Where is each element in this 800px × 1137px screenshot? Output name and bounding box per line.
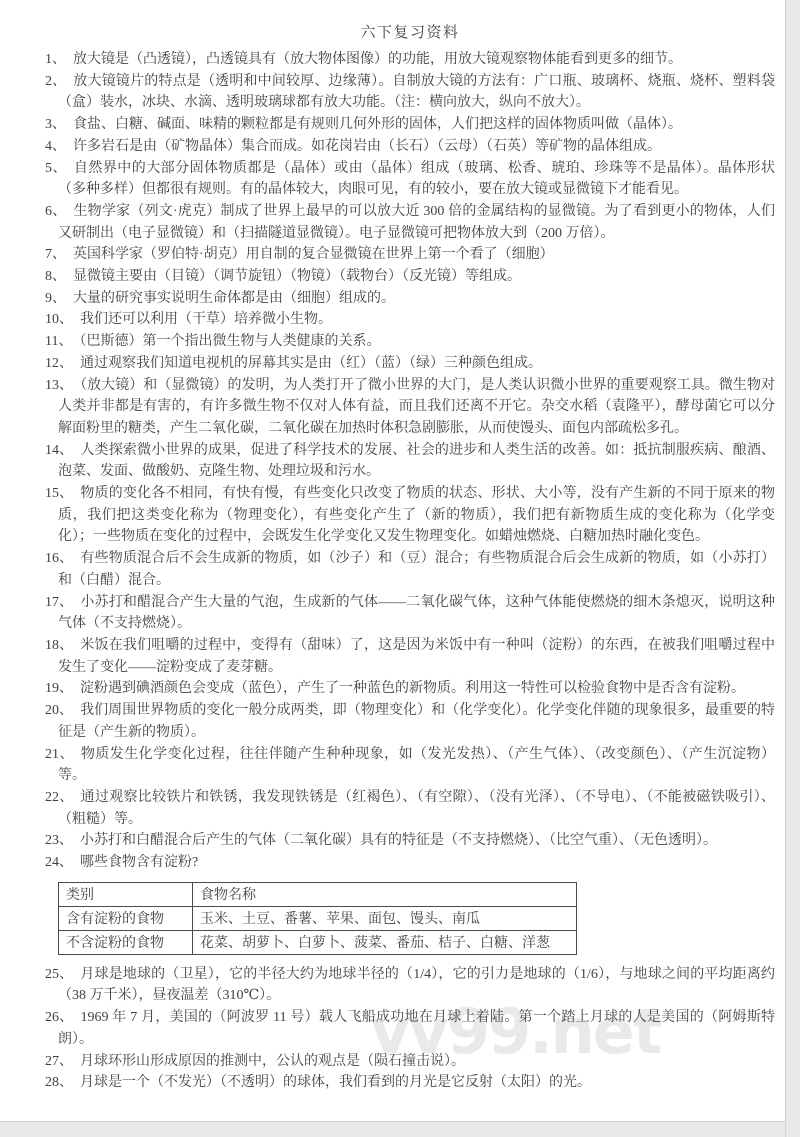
item-number: 8、: [45, 269, 66, 284]
item-number: 25、: [45, 967, 73, 982]
item-number: 11、: [45, 334, 72, 349]
item-text: 显微镜主要由（目镜）（调节旋钮）（物镜）（载物台）（反光镜）等组成。: [73, 269, 521, 284]
item-text: 淀粉遇到碘酒颜色会变成（蓝色），产生了一种蓝色的新物质。利用这一特性可以检验食物…: [80, 681, 745, 696]
table-cell: 含有淀粉的食物: [59, 906, 193, 930]
item-number: 19、: [45, 681, 73, 696]
item-text: 生物学家（列文·虎克）制成了世界上最早的可以放大近 300 倍的金属结构的显微镜…: [58, 204, 775, 241]
list-item: 6、生物学家（列文·虎克）制成了世界上最早的可以放大近 300 倍的金属结构的显…: [45, 201, 775, 244]
item-number: 3、: [45, 117, 66, 132]
item-number: 13、: [45, 378, 73, 393]
list-item: 9、大量的研究事实说明生命体都是由（细胞）组成的。: [45, 288, 775, 310]
list-item: 27、月球环形山形成原因的推测中，公认的观点是（陨石撞击说）。: [45, 1051, 775, 1073]
item-number: 27、: [45, 1054, 73, 1069]
item-number: 5、: [45, 161, 67, 176]
list-item: 20、我们周围世界物质的变化一般分成两类，即（物理变化）和（化学变化）。化学变化…: [45, 700, 775, 743]
item-number: 7、: [45, 247, 66, 262]
item-text: 月球环形山形成原因的推测中，公认的观点是（陨石撞击说）。: [80, 1054, 465, 1069]
item-number: 22、: [45, 790, 74, 805]
table-header-cell: 食物名称: [193, 882, 577, 906]
list-item: 14、人类探索微小世界的成果，促进了科学技术的发展、社会的进步和人类生活的改善。…: [45, 440, 775, 483]
item-text: 哪些食物含有淀粉?: [80, 855, 198, 870]
item-text: 许多岩石是由（矿物晶体）集合而成。如花岗岩由（长石）（云母）（石英）等矿物的晶体…: [73, 139, 661, 154]
list-item: 13、（放大镜）和（显微镜）的发明，为人类打开了微小世界的大门，是人类认识微小世…: [45, 375, 775, 440]
list-item: 10、我们还可以利用（干草）培养微小生物。: [45, 309, 775, 331]
item-text: 月球是一个（不发光）（不透明）的球体，我们看到的月光是它反射（太阳）的光。: [80, 1075, 591, 1090]
list-item: 26、1969 年 7 月，美国的（阿波罗 11 号）载人飞船成功地在月球上着陆…: [45, 1007, 775, 1050]
table-row: 不含淀粉的食物花菜、胡萝卜、白萝卜、菠菜、番茄、桔子、白糖、洋葱: [59, 930, 577, 954]
item-text: （放大镜）和（显微镜）的发明，为人类打开了微小世界的大门，是人类认识微小世界的重…: [58, 378, 775, 436]
page-edge-right: [785, 0, 800, 1137]
item-text: 月球是地球的（卫星），它的半径大约为地球半径的（1/4），它的引力是地球的（1/…: [58, 967, 775, 1004]
list-item: 22、通过观察比较铁片和铁锈，我发现铁锈是（红褐色）、（有空隙）、（没有光泽）、…: [45, 787, 775, 830]
list-item: 11、（巴斯德）第一个指出微生物与人类健康的关系。: [45, 331, 775, 353]
item-number: 12、: [45, 356, 73, 371]
item-number: 18、: [45, 638, 73, 653]
document-page: vv99.net 六下复习资料 1、放大镜是（凸透镜），凸透镜具有（放大物体图像…: [0, 0, 785, 1121]
item-text: 小苏打和白醋混合后产生的气体（二氧化碳）具有的特征是（不支持燃烧）、（比空气重）…: [80, 833, 717, 848]
table-row: 含有淀粉的食物玉米、土豆、番薯、苹果、面包、馒头、南瓜: [59, 906, 577, 930]
item-text: 物质的变化各不相同，有快有慢，有些变化只改变了物质的状态、形状、大小等，没有产生…: [58, 486, 775, 544]
item-number: 26、: [45, 1010, 74, 1025]
list-item: 1、放大镜是（凸透镜），凸透镜具有（放大物体图像）的功能，用放大镜观察物体能看到…: [45, 49, 775, 71]
item-number: 28、: [45, 1075, 73, 1090]
item-number: 9、: [45, 291, 66, 306]
list-item: 8、显微镜主要由（目镜）（调节旋钮）（物镜）（载物台）（反光镜）等组成。: [45, 266, 775, 288]
list-item: 7、英国科学家（罗伯特·胡克）用自制的复合显微镜在世界上第一个看了（细胞）: [45, 244, 775, 266]
item-text: 大量的研究事实说明生命体都是由（细胞）组成的。: [73, 291, 395, 306]
list-item: 17、小苏打和醋混合产生大量的气泡，生成新的气体——二氧化碳气体，这种气体能使燃…: [45, 592, 775, 635]
table-header-cell: 类别: [59, 882, 193, 906]
item-text: 小苏打和醋混合产生大量的气泡，生成新的气体——二氧化碳气体，这种气体能使燃烧的细…: [58, 595, 775, 632]
list-item: 25、月球是地球的（卫星），它的半径大约为地球半径的（1/4），它的引力是地球的…: [45, 964, 775, 1007]
item-text: 物质发生化学变化过程，往往伴随产生种种现象，如（发光发热）、（产生气体）、（改变…: [58, 747, 775, 784]
list-item: 23、小苏打和白醋混合后产生的气体（二氧化碳）具有的特征是（不支持燃烧）、（比空…: [45, 830, 775, 852]
item-text: 英国科学家（罗伯特·胡克）用自制的复合显微镜在世界上第一个看了（细胞）: [73, 247, 554, 262]
item-number: 10、: [45, 312, 73, 327]
item-number: 2、: [45, 74, 66, 89]
item-text: 通过观察我们知道电视机的屏幕其实是由（红）（蓝）（绿）三种颜色组成。: [80, 356, 542, 371]
review-list-top: 1、放大镜是（凸透镜），凸透镜具有（放大物体图像）的功能，用放大镜观察物体能看到…: [45, 49, 775, 874]
list-item: 18、米饭在我们咀嚼的过程中，变得有（甜味）了，这是因为米饭中有一种叫（淀粉）的…: [45, 635, 775, 678]
item-text: 食盐、白糖、碱面、味精的颗粒都是有规则几何外形的固体，人们把这样的固体物质叫做（…: [73, 117, 682, 132]
starch-table-body: 类别食物名称含有淀粉的食物玉米、土豆、番薯、苹果、面包、馒头、南瓜不含淀粉的食物…: [59, 882, 577, 954]
item-text: 放大镜是（凸透镜），凸透镜具有（放大物体图像）的功能，用放大镜观察物体能看到更多…: [73, 52, 682, 67]
item-number: 14、: [45, 443, 73, 458]
table-cell: 玉米、土豆、番薯、苹果、面包、馒头、南瓜: [193, 906, 577, 930]
page-edge-bottom: [0, 1121, 785, 1137]
review-list-bottom: 25、月球是地球的（卫星），它的半径大约为地球半径的（1/4），它的引力是地球的…: [45, 964, 775, 1094]
list-item: 4、许多岩石是由（矿物晶体）集合而成。如花岗岩由（长石）（云母）（石英）等矿物的…: [45, 136, 775, 158]
starch-foods-table: 类别食物名称含有淀粉的食物玉米、土豆、番薯、苹果、面包、馒头、南瓜不含淀粉的食物…: [58, 882, 577, 955]
item-text: （巴斯德）第一个指出微生物与人类健康的关系。: [79, 334, 380, 349]
item-number: 17、: [45, 595, 73, 610]
item-number: 1、: [45, 52, 66, 67]
list-item: 2、放大镜镜片的特点是（透明和中间较厚、边缘薄）。自制放大镜的方法有：广口瓶、玻…: [45, 71, 775, 114]
list-item: 12、通过观察我们知道电视机的屏幕其实是由（红）（蓝）（绿）三种颜色组成。: [45, 353, 775, 375]
item-text: 有些物质混合后不会生成新的物质，如（沙子）和（豆）混合；有些物质混合后会生成新的…: [58, 551, 775, 588]
list-item: 3、食盐、白糖、碱面、味精的颗粒都是有规则几何外形的固体，人们把这样的固体物质叫…: [45, 114, 775, 136]
item-text: 放大镜镜片的特点是（透明和中间较厚、边缘薄）。自制放大镜的方法有：广口瓶、玻璃杯…: [58, 74, 775, 111]
table-cell: 花菜、胡萝卜、白萝卜、菠菜、番茄、桔子、白糖、洋葱: [193, 930, 577, 954]
item-text: 1969 年 7 月，美国的（阿波罗 11 号）载人飞船成功地在月球上着陆。第一…: [58, 1010, 775, 1047]
item-number: 15、: [45, 486, 73, 501]
item-number: 21、: [45, 747, 74, 762]
item-number: 24、: [45, 855, 73, 870]
item-text: 米饭在我们咀嚼的过程中，变得有（甜味）了，这是因为米饭中有一种叫（淀粉）的东西，…: [58, 638, 775, 675]
list-item: 16、有些物质混合后不会生成新的物质，如（沙子）和（豆）混合；有些物质混合后会生…: [45, 548, 775, 591]
document-content: 六下复习资料 1、放大镜是（凸透镜），凸透镜具有（放大物体图像）的功能，用放大镜…: [45, 0, 775, 1094]
list-item: 5、自然界中的大部分固体物质都是（晶体）或由（晶体）组成（玻璃、松香、琥珀、珍珠…: [45, 158, 775, 201]
table-cell: 不含淀粉的食物: [59, 930, 193, 954]
item-number: 6、: [45, 204, 66, 219]
list-item: 19、淀粉遇到碘酒颜色会变成（蓝色），产生了一种蓝色的新物质。利用这一特性可以检…: [45, 678, 775, 700]
table-header-row: 类别食物名称: [59, 882, 577, 906]
item-text: 人类探索微小世界的成果，促进了科学技术的发展、社会的进步和人类生活的改善。如：抵…: [58, 443, 775, 480]
list-item: 28、月球是一个（不发光）（不透明）的球体，我们看到的月光是它反射（太阳）的光。: [45, 1072, 775, 1094]
item-number: 23、: [45, 833, 73, 848]
item-number: 20、: [45, 703, 73, 718]
item-text: 通过观察比较铁片和铁锈，我发现铁锈是（红褐色）、（有空隙）、（没有光泽）、（不导…: [58, 790, 775, 827]
item-text: 我们周围世界物质的变化一般分成两类，即（物理变化）和（化学变化）。化学变化伴随的…: [58, 703, 775, 740]
list-item: 24、哪些食物含有淀粉?: [45, 852, 775, 874]
list-item: 15、物质的变化各不相同，有快有慢，有些变化只改变了物质的状态、形状、大小等，没…: [45, 483, 775, 548]
item-number: 4、: [45, 139, 66, 154]
list-item: 21、物质发生化学变化过程，往往伴随产生种种现象，如（发光发热）、（产生气体）、…: [45, 744, 775, 787]
item-number: 16、: [45, 551, 73, 566]
item-text: 自然界中的大部分固体物质都是（晶体）或由（晶体）组成（玻璃、松香、琥珀、珍珠等不…: [58, 161, 775, 198]
page-title: 六下复习资料: [45, 0, 775, 41]
viewer-canvas: vv99.net 六下复习资料 1、放大镜是（凸透镜），凸透镜具有（放大物体图像…: [0, 0, 800, 1137]
item-text: 我们还可以利用（干草）培养微小生物。: [80, 312, 332, 327]
